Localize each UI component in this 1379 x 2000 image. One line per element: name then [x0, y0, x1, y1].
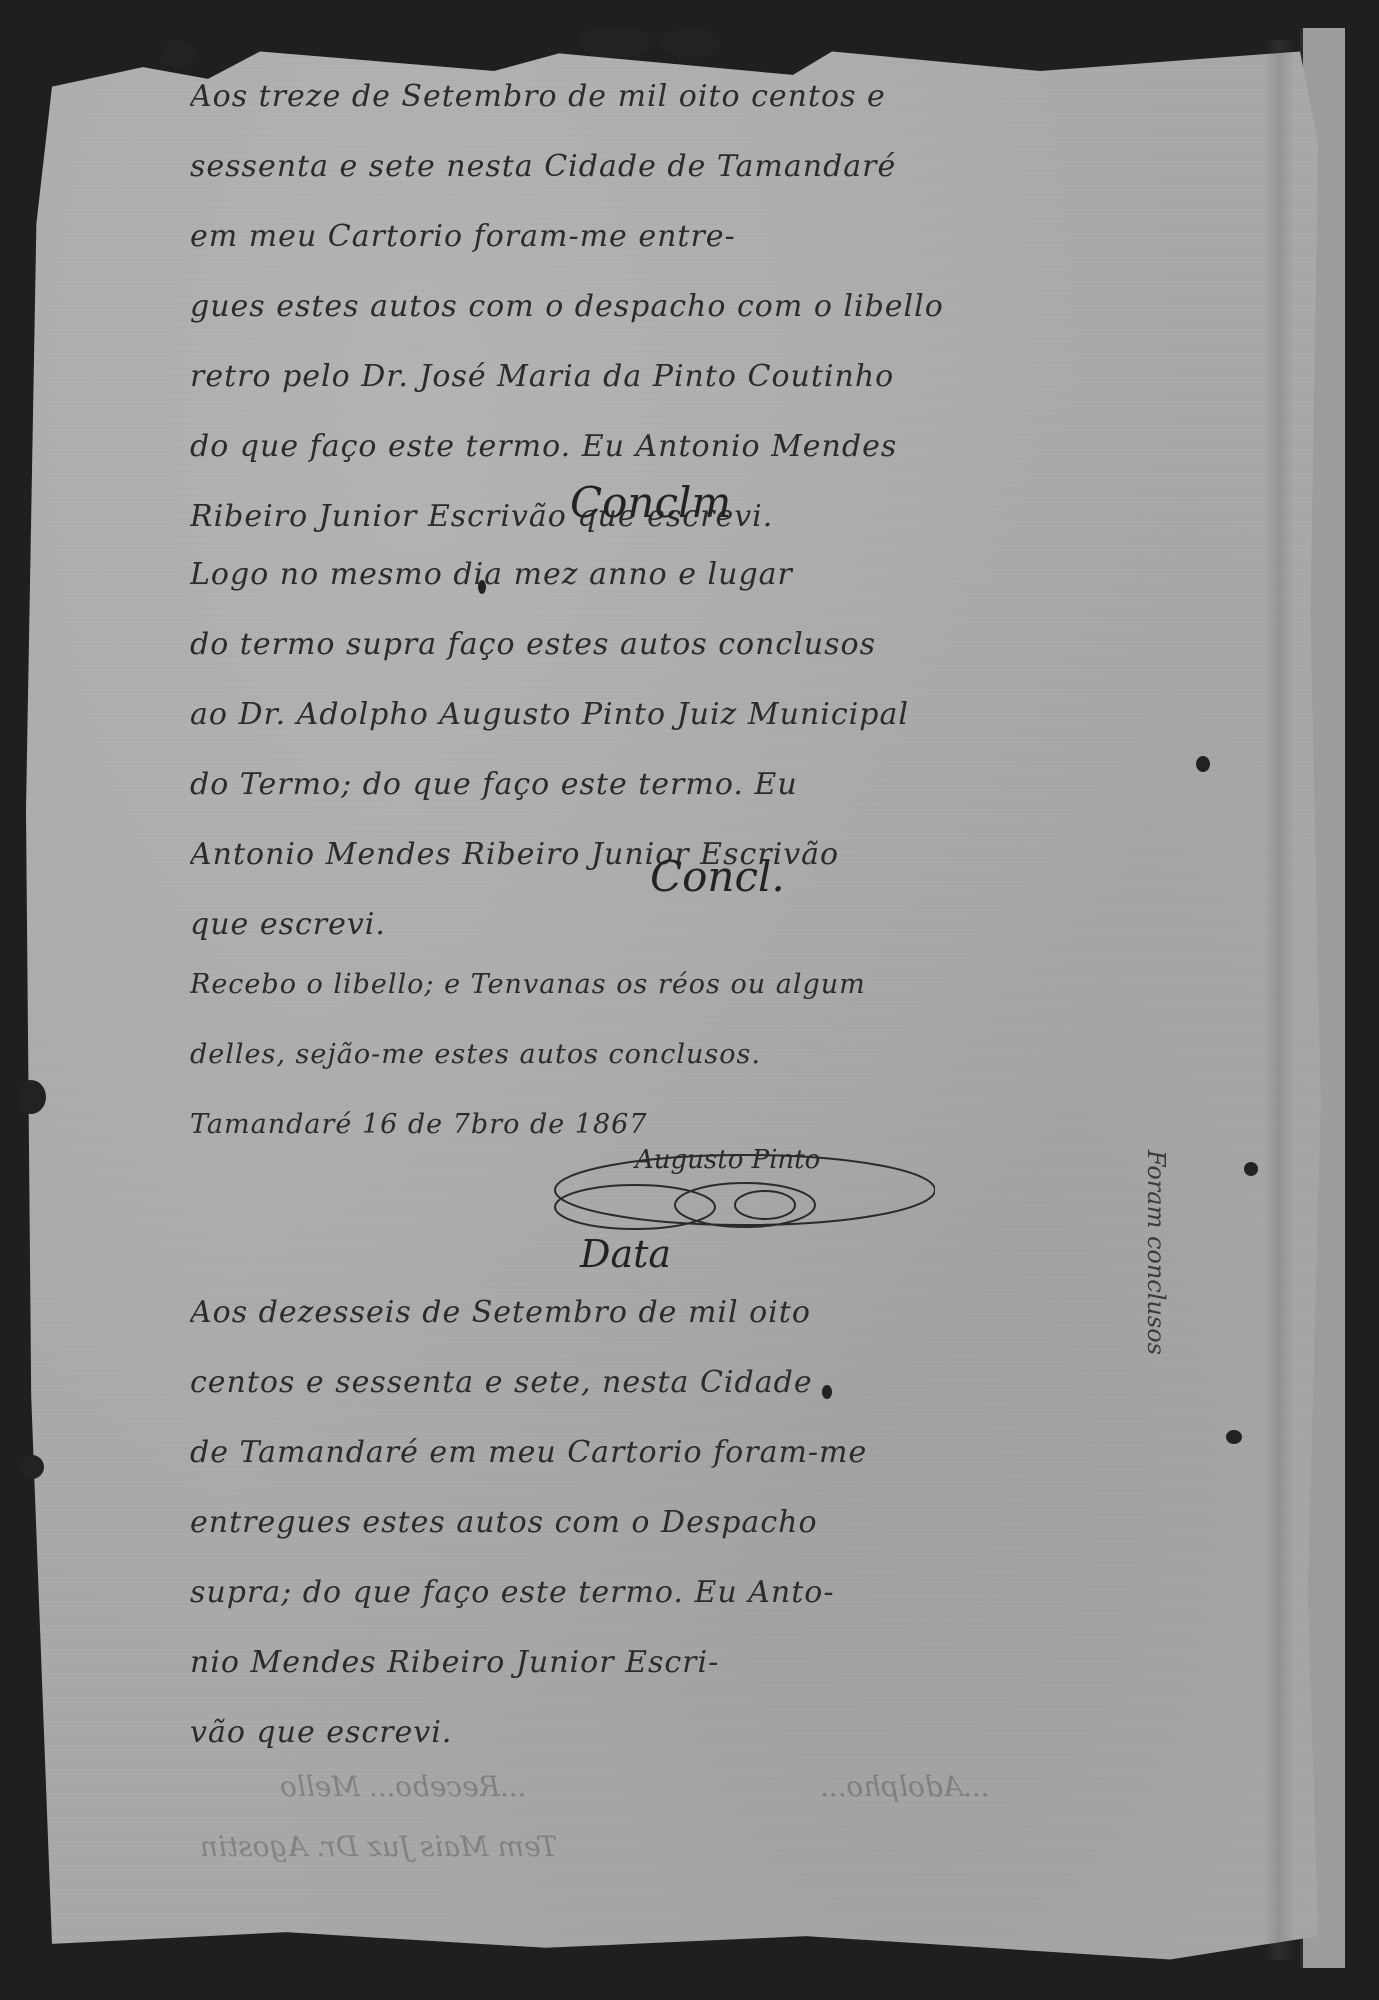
text-line: em meu Cartorio foram-me entre-	[190, 202, 1140, 272]
paragraph-return-record: Aos dezesseis de Setembro de mil oito ce…	[190, 1278, 1140, 1768]
ink-blot	[1244, 1162, 1258, 1176]
text-line: de Tamandaré em meu Cartorio foram-me	[190, 1418, 1140, 1488]
text-line: centos e sessenta e sete, nesta Cidade	[190, 1348, 1140, 1418]
signature-name: Augusto Pinto	[635, 1145, 820, 1175]
text-line: nio Mendes Ribeiro Junior Escri-	[190, 1628, 1140, 1698]
text-line: sessenta e sete nesta Cidade de Tamandar…	[190, 132, 1140, 202]
ink-blot	[20, 1455, 44, 1479]
ink-blot	[660, 30, 720, 58]
text-line: Aos treze de Setembro de mil oito centos…	[190, 62, 1140, 132]
heading-conclusao: Conclm	[570, 478, 731, 527]
ink-blot	[16, 1080, 46, 1114]
text-line: retro pelo Dr. José Maria da Pinto Couti…	[190, 342, 1140, 412]
ink-blot	[1226, 1430, 1242, 1444]
heading-concl: Concl.	[650, 852, 785, 901]
text-line: supra; do que faço este termo. Eu Anto-	[190, 1558, 1140, 1628]
margin-note: Foram conclusos	[1130, 1150, 1170, 1450]
text-line: do Termo; do que faço este termo. Eu	[190, 750, 1140, 820]
text-line: gues estes autos com o despacho com o li…	[190, 272, 1140, 342]
text-line: Recebo o libello; e Tenvanas os réos ou …	[190, 950, 1140, 1020]
heading-data: Data	[580, 1232, 671, 1276]
text-line: vão que escrevi.	[190, 1698, 1140, 1768]
text-line: ao Dr. Adolpho Augusto Pinto Juiz Munici…	[190, 680, 1140, 750]
ink-blot	[580, 28, 650, 58]
bleed-through-text: ...Adolpho...	[820, 1770, 990, 1803]
text-line: delles, sejão-me estes autos conclusos.	[190, 1020, 1140, 1090]
text-line: Logo no mesmo dia mez anno e lugar	[190, 540, 1140, 610]
text-line: do termo supra faço estes autos concluso…	[190, 610, 1140, 680]
paragraph-judge-order: Recebo o libello; e Tenvanas os réos ou …	[190, 950, 1140, 1160]
text-line: Aos dezesseis de Setembro de mil oito	[190, 1278, 1140, 1348]
ink-blot	[1196, 756, 1210, 772]
text-line: entregues estes autos com o Despacho	[190, 1488, 1140, 1558]
bleed-through-text: Tem Mais Juz Dr. Agostin	[200, 1830, 557, 1863]
bleed-through-text: ...Recebo... Mello	[280, 1770, 527, 1803]
text-line: do que faço este termo. Eu Antonio Mende…	[190, 412, 1140, 482]
page-fold-shadow	[1264, 40, 1294, 1960]
